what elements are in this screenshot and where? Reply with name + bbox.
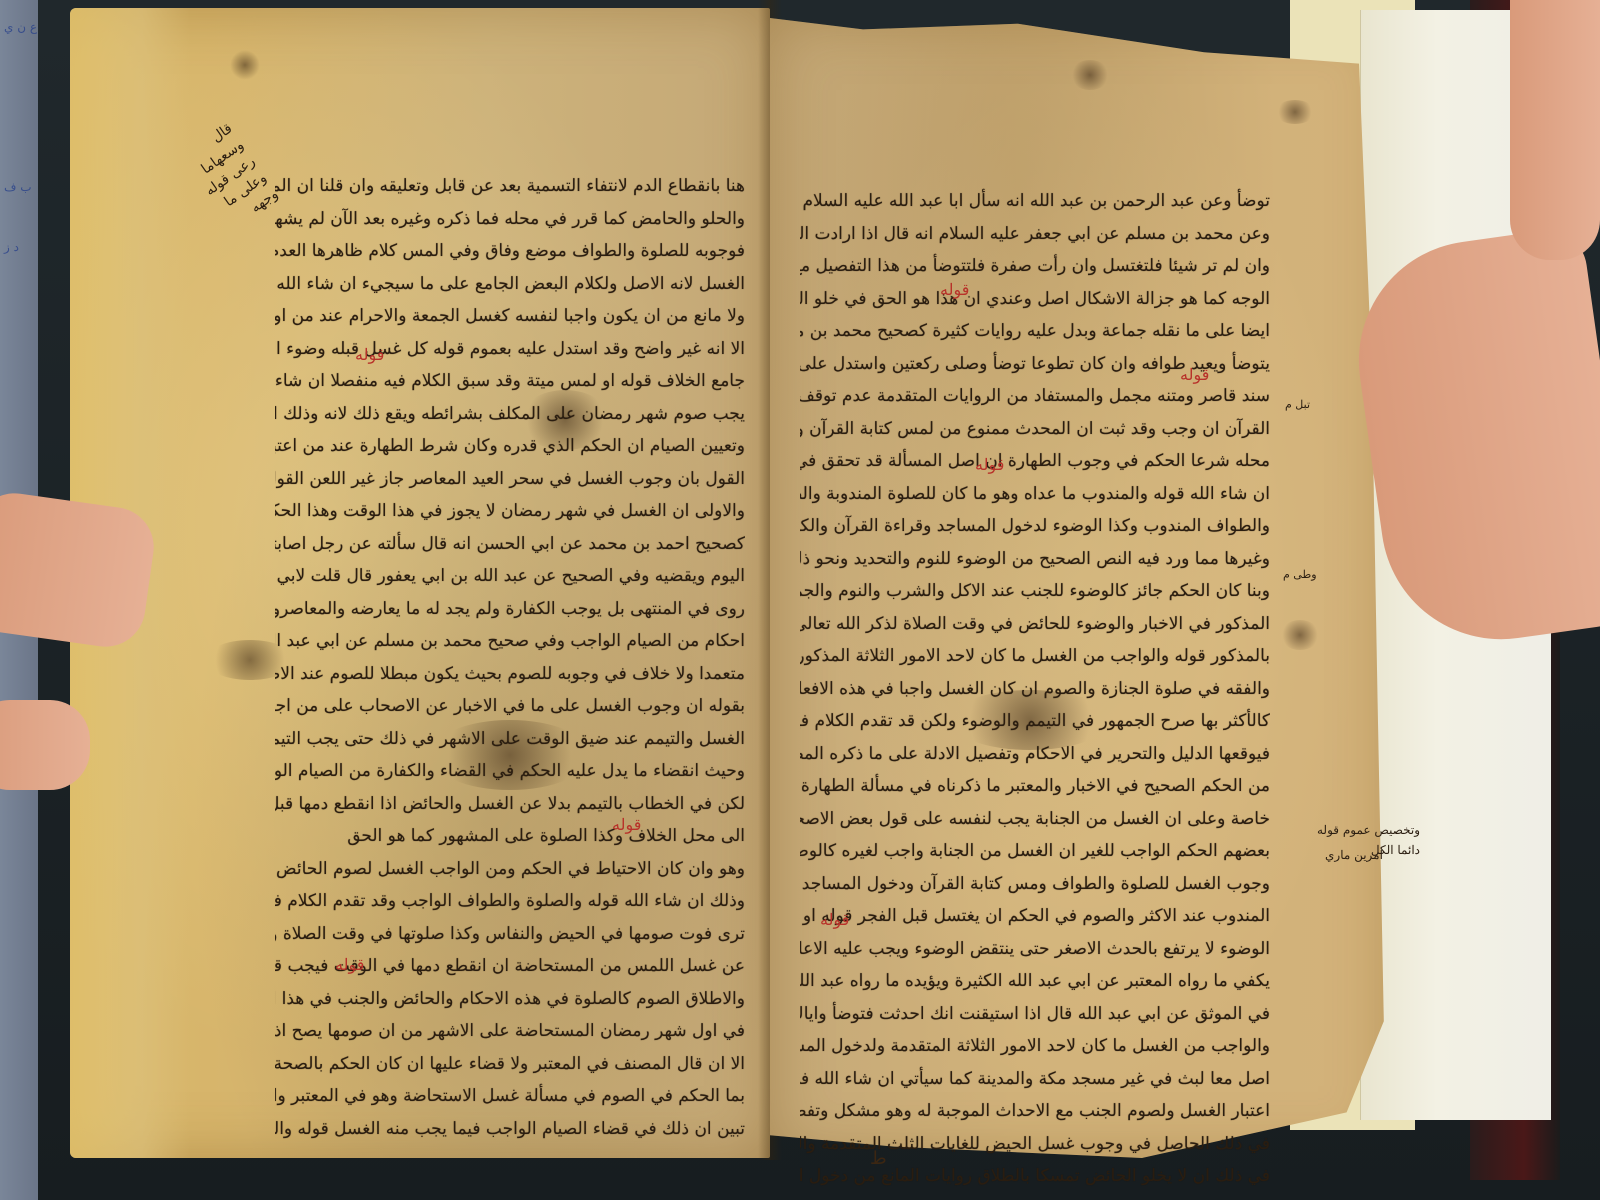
text-line: محله شرعا الحكم في وجوب الطهارة ان اصل ا… [800,445,1270,478]
text-line: في الموثق عن ابي عبد الله قال اذا استيقن… [800,998,1270,1031]
text-line: المندوب عند الاكثر والصوم في الحكم ان يغ… [800,900,1270,933]
text-line: الوجه كما هو جزالة الاشكال اصل وعندي ان … [800,283,1270,316]
left-page-text: هنا بانقطاع الدم لانتفاء التسمية بعد عن … [275,170,745,1145]
text-line: هنا بانقطاع الدم لانتفاء التسمية بعد عن … [275,170,745,203]
text-line: اليوم ويقضيه وفي الصحيح عن عبد الله بن ا… [275,560,745,593]
text-line: الا انه غير واضح وقد استدل عليه بعموم قو… [275,333,745,366]
text-line: وان لم تر شيئا فلتغتسل وان رأت صفرة فلتت… [800,250,1270,283]
text-line: لكن في الخطاب بالتيمم بدلا عن الغسل والح… [275,788,745,821]
text-line: بعضهم الحكم الواجب للغير ان الغسل من الج… [800,835,1270,868]
text-line: يجب صوم شهر رمضان على المكلف بشرائطه ويق… [275,398,745,431]
folio-mark: ط [870,1148,887,1169]
text-line: جامع الخلاف قوله او لمس ميتة وقد سبق الك… [275,365,745,398]
text-line: من الحكم الصحيح في الاخبار والمعتبر ما ذ… [800,770,1270,803]
rubric-qawluhu: قوله [975,455,1004,474]
text-line: وذلك ان شاء الله قوله والصلوة والطواف ال… [275,885,745,918]
text-line: ولا مانع من ان يكون واجبا لنفسه كغسل الج… [275,300,745,333]
text-line: والواجب من الغسل ما كان لاحد الامور الثل… [800,1030,1270,1063]
text-line: الغسل والتيمم عند ضيق الوقت على الاشهر ف… [275,723,745,756]
text-line: الغسل لانه الاصل ولكلام البعض الجامع على… [275,268,745,301]
left-hand-fingers [0,700,90,790]
text-line: بقوله ان وجوب الغسل على ما في الاخبار عن… [275,690,745,723]
rubric-qawluhu: قوله [335,955,364,974]
text-line: وهو وان كان الاحتياط في الحكم ومن الواجب… [275,853,745,886]
text-line: والحلو والحامض كما قرر في محله فما ذكره … [275,203,745,236]
text-line: احكام من الصيام الواجب وفي صحيح محمد بن … [275,625,745,658]
text-line: والاطلاق الصوم كالصلوة في هذه الاحكام وا… [275,983,745,1016]
text-line: بالمذكور قوله والواجب من الغسل ما كان لا… [800,640,1270,673]
right-margin-note: تبل م [1285,395,1310,415]
text-line: كصحيح احمد بن محمد عن ابي الحسن انه قال … [275,528,745,561]
manuscript-photo: ﻉ ﻥ ﻱ ﺏ ﻑ ﺩ ﺯ قال وسعهاما رعى قوله وعلى … [0,0,1600,1200]
text-line: الى محل الخلاف وكذا الصلوة على المشهور ك… [275,820,745,853]
text-line: وبنا كان الحكم جائز كالوضوء للجنب عند ال… [800,575,1270,608]
rubric-qawluhu: قوله [1180,365,1209,384]
blue-ink-scribble: ﻉ ﻥ ﻱ [4,20,37,34]
rubric-qawluhu: قوله [355,345,384,364]
text-line: وجوب الغسل للصلوة والطواف ومس كتابة القر… [800,868,1270,901]
rubric-qawluhu: قوله [940,280,969,299]
text-line: فوجوبه للصلوة والطواف موضع وفاق وفي المس… [275,235,745,268]
text-line: سند قاصر ومتنه مجمل والمستفاد من الروايا… [800,380,1270,413]
text-line: توضأ وعن عبد الرحمن بن عبد الله انه سأل … [800,185,1270,218]
text-line: في اول شهر رمضان المستحاضة على الاشهر من… [275,1015,745,1048]
text-line: الوضوء لا يرتفع بالحدث الاصغر حتى ينتقض … [800,933,1270,966]
text-line: وغيرها مما ورد فيه النص الصحيح من الوضوء… [800,543,1270,576]
text-line: بما الحكم في الصوم في مسألة غسل الاستحاض… [275,1080,745,1113]
text-line: كالأكثر بها صرح الجمهور في التيمم والوضو… [800,705,1270,738]
left-hand-thumb [0,488,159,652]
text-line: ترى فوت صومها في الحيض والنفاس وكذا صلوت… [275,918,745,951]
text-line: والاولى ان الغسل في شهر رمضان لا يجوز في… [275,495,745,528]
right-margin-note: امرين ماري [1325,845,1383,865]
ink-stain [1280,620,1320,650]
text-line: المذكور في الاخبار والوضوء للحائض في وقت… [800,608,1270,641]
text-line: اعتبار الغسل ولصوم الجنب مع الاحداث المو… [800,1095,1270,1128]
text-line: خاصة وعلى ان الغسل من الجنابة يجب لنفسه … [800,803,1270,836]
text-line: وحيث انقضاء ما يدل عليه الحكم في القضاء … [275,755,745,788]
text-line: وعن محمد بن مسلم عن ابي جعفر عليه السلام… [800,218,1270,251]
text-line: ان شاء الله قوله والمندوب ما عداه وهو ما… [800,478,1270,511]
text-line: القول بان وجوب الغسل في سحر العيد المعاص… [275,463,745,496]
text-line: والطواف المندوب وكذا الوضوء لدخول المساج… [800,510,1270,543]
text-line: تبين ان ذلك في قضاء الصيام الواجب فيما ي… [275,1113,745,1146]
blue-ink-scribble: ﺩ ﺯ [4,240,19,254]
text-line: ايضا على ما نقله جماعة وبدل عليه روايات … [800,315,1270,348]
rubric-qawluhu: قوله [820,910,849,929]
text-line: والفقه في صلوة الجنازة والصوم ان كان الغ… [800,673,1270,706]
ink-stain [230,50,260,80]
text-line: القرآن ان وجب وقد ثبت ان المحدث ممنوع من… [800,413,1270,446]
text-line: اصل معا لبث في غير مسجد مكة والمدينة كما… [800,1063,1270,1096]
right-page-text: توضأ وعن عبد الرحمن بن عبد الله انه سأل … [800,185,1270,1193]
text-line: الا ان قال المصنف في المعتبر ولا قضاء عل… [275,1048,745,1081]
right-forearm [1510,0,1600,260]
blue-ink-scribble: ﺏ ﻑ [4,180,32,194]
ink-stain [1070,60,1110,90]
text-line: متعمدا ولا خلاف في وجوبه للصوم بحيث يكون… [275,658,745,691]
text-line: يكفي ما رواه المعتبر عن ابي عبد الله الك… [800,965,1270,998]
rubric-qawluhu: قوله [612,815,641,834]
ink-stain [1275,100,1315,124]
right-margin-note: وطى م [1283,565,1317,585]
text-line: فيوقعها الدليل والتحرير في الاحكام وتفصي… [800,738,1270,771]
text-line: روى في المنتهى بل يوجب الكفارة ولم يجد ل… [275,593,745,626]
text-line: وتعيين الصيام ان الحكم الذي قدره وكان شر… [275,430,745,463]
